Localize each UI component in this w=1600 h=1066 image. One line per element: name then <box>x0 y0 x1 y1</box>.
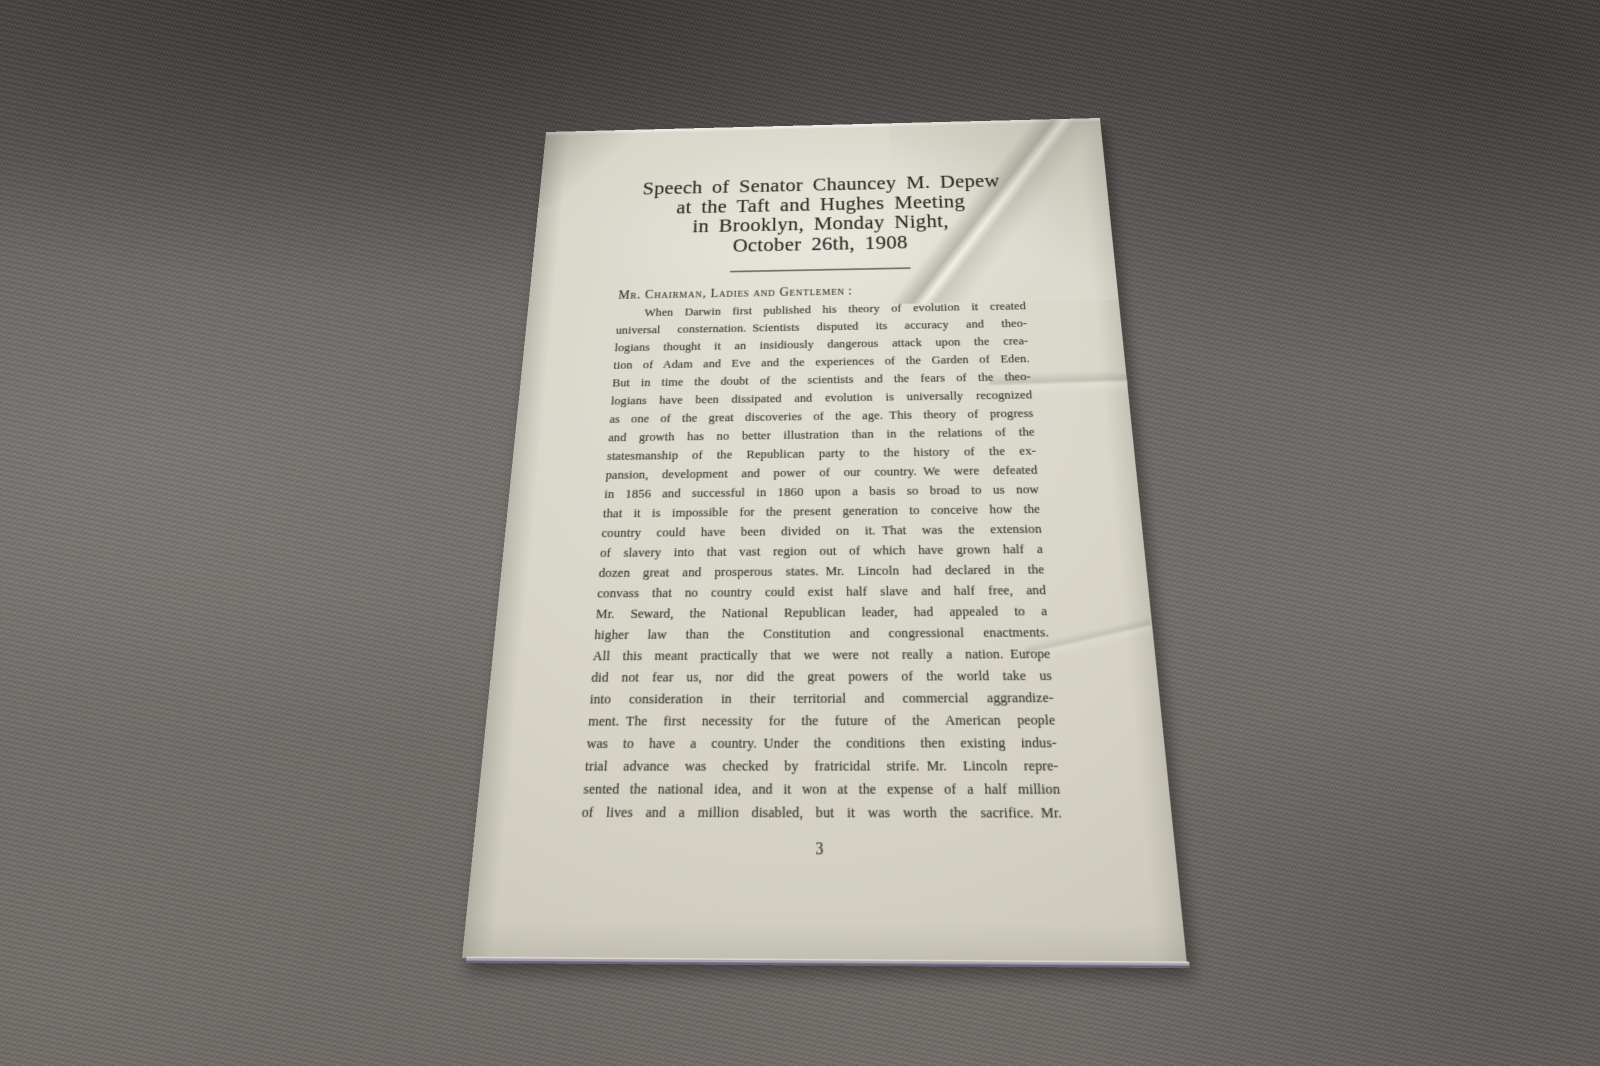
page-content: Speech of Senator Chauncey M. Depewat th… <box>581 120 1062 825</box>
carpet-background: Speech of Senator Chauncey M. Depewat th… <box>0 0 1600 1066</box>
page-number: 3 <box>578 838 1065 863</box>
body-text-line: trial advance was checked by fratricidal… <box>584 754 1059 777</box>
body-text-line: into consideration in their territorial … <box>589 687 1054 711</box>
title-divider-rule <box>730 267 911 272</box>
body-text-line: was to have a country. Under the conditi… <box>586 731 1057 754</box>
body-text-line: higher law than the Constitution and con… <box>594 622 1050 646</box>
body-text-line: did not fear us, nor did the great power… <box>591 665 1053 689</box>
body-text-line: of lives and a million disabled, but it … <box>581 801 1062 825</box>
pamphlet-title: Speech of Senator Chauncey M. Depewat th… <box>621 171 1022 258</box>
pamphlet-page: Speech of Senator Chauncey M. Depewat th… <box>462 118 1187 963</box>
body-text-line: Mr. Seward, the National Republican lead… <box>595 601 1048 625</box>
body-text-line: ment. The first necessity for the future… <box>588 709 1056 732</box>
body-text-line: All this meant practically that we were … <box>592 643 1051 667</box>
body-text-line: sented the national idea, and it won at … <box>583 777 1061 801</box>
speech-body-paragraph: When Darwin first published his theory o… <box>581 297 1062 825</box>
